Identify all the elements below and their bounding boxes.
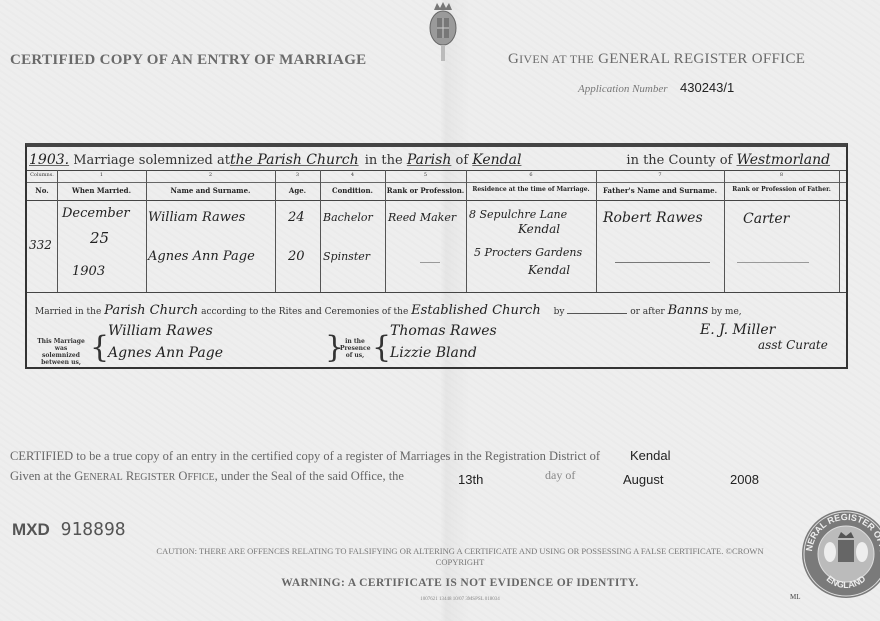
heading-text: of — [720, 153, 733, 168]
register-heading: 1903. Marriage solemnized atthe Parish C… — [29, 152, 830, 168]
bride-residence-line1: 5 Procters Gardens — [474, 246, 582, 259]
certification-month: August — [623, 472, 663, 487]
label-line: between us, — [36, 359, 86, 366]
application-number: 430243/1 — [680, 80, 734, 95]
marriage-certificate: CERTIFIED COPY OF AN ENTRY OF MARRIAGE G… — [0, 0, 880, 621]
bride-residence-line2: Kendal — [528, 263, 570, 277]
certificate-title: CERTIFIED COPY OF AN ENTRY OF MARRIAGE — [10, 52, 366, 69]
given-at-heading: GIVEN AT THE GENERAL REGISTER OFFICE — [508, 51, 805, 68]
header-residence: Residence at the time of Marriage. — [466, 186, 596, 193]
header-age: Age. — [275, 186, 320, 195]
column-number: 4 — [320, 172, 385, 178]
certification-day: 13th — [458, 472, 483, 487]
county: Westmorland — [737, 152, 831, 168]
cert-text: EGISTER — [134, 472, 175, 483]
column-number: 1 — [57, 172, 146, 178]
bride-condition: Spinster — [323, 250, 370, 263]
heading-text: of — [456, 153, 469, 168]
label-line: Presence — [340, 345, 370, 352]
marriage-month: December — [62, 206, 130, 221]
serial-prefix: MXD — [12, 520, 50, 539]
heading-text: in the County — [626, 153, 715, 168]
header-no: No. — [27, 186, 57, 195]
given-at-smallcaps: IVEN AT THE — [519, 52, 594, 66]
officiant-signature: E. J. Miller — [700, 322, 775, 338]
parish-label: Parish — [407, 152, 452, 168]
header-when-married: When Married. — [57, 186, 146, 195]
groom-name: William Rawes — [148, 210, 245, 225]
royal-coat-of-arms-icon — [428, 0, 458, 64]
groom-father-name: Robert Rawes — [603, 210, 703, 226]
serial-number: 918898 — [61, 519, 126, 540]
bride-age: 20 — [288, 249, 305, 264]
married-in-text: Married in the — [35, 307, 101, 317]
column-number: 8 — [724, 172, 839, 178]
heading-text: in the — [365, 153, 403, 168]
identity-warning: WARNING: A CERTIFICATE IS NOT EVIDENCE O… — [150, 577, 770, 589]
married-in-text: or after — [630, 307, 665, 317]
cert-text: , under the Seal of the said Office, the — [215, 469, 404, 483]
header-condition: Condition. — [320, 186, 385, 195]
label-line: was solemnized — [36, 345, 86, 359]
married-in-place: Parish Church — [104, 303, 198, 318]
groom-age: 24 — [288, 210, 305, 225]
given-at-initial: G — [508, 51, 519, 67]
cert-text: Given at the — [10, 469, 71, 483]
marriage-method: Banns — [668, 303, 709, 318]
groom-father-rank: Carter — [743, 211, 789, 227]
cert-text: FFICE — [187, 472, 214, 483]
marriage-place: the Parish Church — [230, 152, 359, 168]
label-line: in the — [340, 338, 370, 345]
marriage-year: 1903 — [72, 264, 105, 279]
groom-condition: Bachelor — [323, 211, 373, 224]
certification-given-at: Given at the GENERAL REGISTER OFFICE, un… — [10, 469, 404, 484]
heading-text: Marriage solemnized at — [73, 153, 230, 168]
witness-2: Lizzie Bland — [390, 345, 477, 361]
header-rank: Rank or Profession. — [385, 186, 466, 195]
cert-text: ENERAL — [83, 472, 122, 483]
married-in-text: according to the Rites and Ceremonies of… — [201, 307, 408, 317]
day-of-label: day of — [545, 468, 575, 483]
column-number: 7 — [596, 172, 724, 178]
column-number: 3 — [275, 172, 320, 178]
column-number: 6 — [466, 172, 596, 178]
certification-statement: CERTIFIED to be a true copy of an entry … — [10, 449, 600, 464]
given-at-office: GENERAL REGISTER OFFICE — [598, 51, 805, 67]
cert-text: G — [74, 469, 83, 483]
caution-notice: CAUTION: THERE ARE OFFENCES RELATING TO … — [150, 546, 770, 568]
signature-bride: Agnes Ann Page — [108, 345, 223, 361]
header-father-name: Father's Name and Surname. — [596, 186, 724, 195]
signature-groom: William Rawes — [108, 323, 213, 339]
cert-text: R — [126, 469, 134, 483]
marriage-day: 25 — [90, 229, 109, 247]
rites: Established Church — [411, 303, 541, 318]
groom-residence-line2: Kendal — [518, 222, 560, 236]
label-line: of us, — [340, 352, 370, 359]
certificate-serial: MXD 918898 — [12, 519, 126, 540]
town: Kendal — [472, 152, 622, 168]
application-number-label: Application Number — [578, 83, 668, 95]
groom-rank: Reed Maker — [388, 211, 456, 224]
registration-district: Kendal — [630, 448, 670, 463]
officiant-title: asst Curate — [758, 338, 828, 352]
print-code: 1007621 13448 10/07 3MSPSL 018034 — [150, 597, 770, 602]
entry-number: 332 — [29, 238, 52, 252]
married-in-line: Married in the Parish Church according t… — [35, 303, 742, 318]
certification-year: 2008 — [730, 472, 759, 487]
label-line: This Marriage — [36, 338, 86, 345]
presence-label: in the Presence of us, — [340, 338, 370, 359]
married-in-text: by me, — [711, 307, 741, 317]
column-number: 5 — [385, 172, 466, 178]
initials: ML — [790, 593, 801, 601]
groom-residence-line1: 8 Sepulchre Lane — [469, 208, 567, 221]
header-name: Name and Surname. — [146, 186, 275, 195]
solemnized-between-label: This Marriage was solemnized between us, — [36, 338, 86, 366]
bride-name: Agnes Ann Page — [148, 249, 255, 264]
header-father-rank: Rank or Profession of Father. — [724, 186, 839, 193]
witness-1: Thomas Rawes — [390, 323, 497, 339]
general-register-office-seal-icon: GENERAL REGISTER OFFICE ENGLAND — [800, 508, 880, 600]
register-year: 1903. — [29, 152, 69, 168]
columns-label: Columns. — [27, 172, 57, 178]
married-in-text: by — [554, 307, 565, 317]
column-number: 2 — [146, 172, 275, 178]
